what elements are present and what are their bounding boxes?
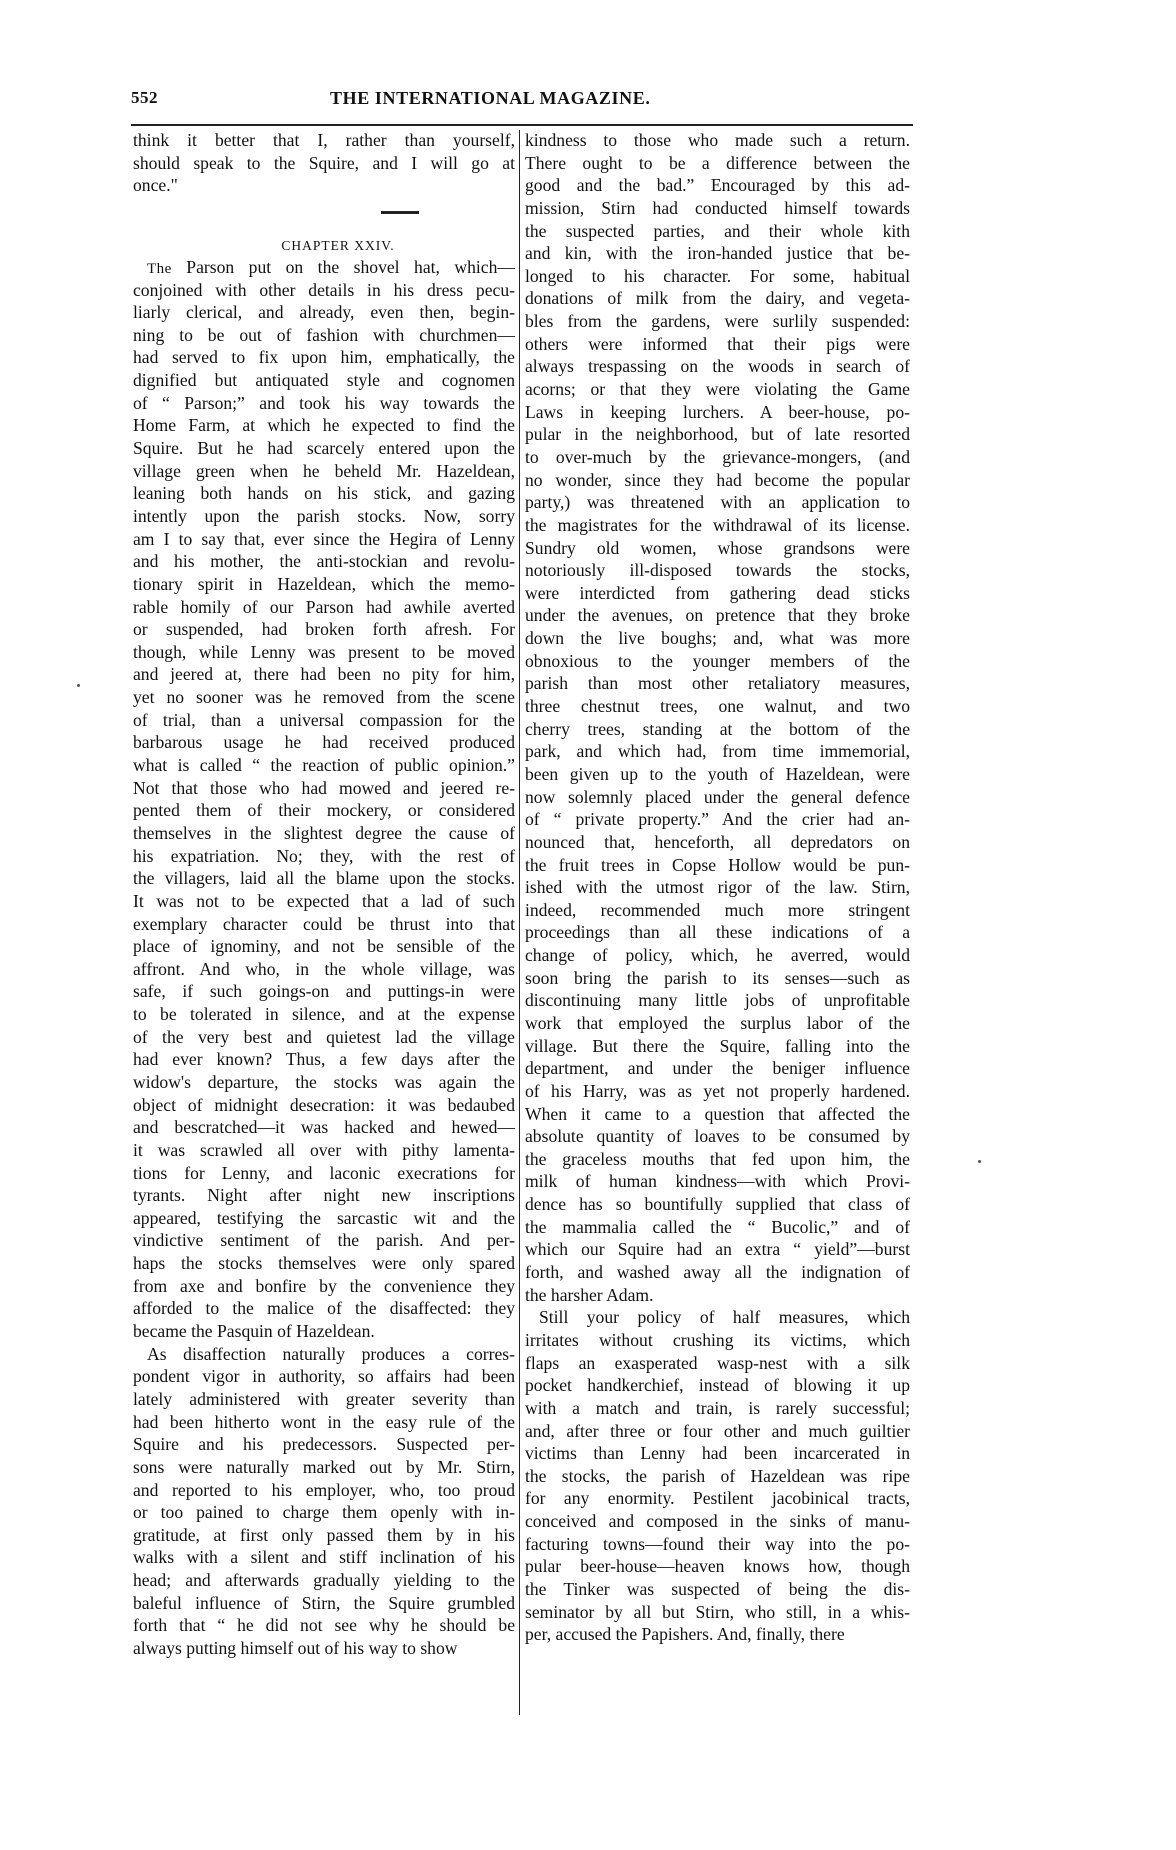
- dropcap-word: The: [147, 261, 172, 277]
- text-line: pented them of their mockery, or conside…: [133, 799, 515, 822]
- text-line: think it better that I, rather than your…: [133, 129, 515, 152]
- text-line: to over-much by the grievance-mongers, (…: [525, 446, 910, 469]
- paragraph-2: Still your policy of half measures, whic…: [525, 1306, 910, 1646]
- text-line: ning to be out of fashion with churchmen…: [133, 324, 515, 347]
- section-separator: [381, 211, 419, 214]
- text-line: village green when he beheld Mr. Hazelde…: [133, 460, 515, 483]
- text-line: lately administered with greater severit…: [133, 1388, 515, 1411]
- text-line: ished with the utmost rigor of the law. …: [525, 876, 910, 899]
- text-line: tyrants. Night after night new inscripti…: [133, 1184, 515, 1207]
- text-line: the suspected parties, and their whole k…: [525, 220, 910, 243]
- text-line: milk of human kindness—with which Provi-: [525, 1170, 910, 1193]
- text-line: exemplary character could be thrust into…: [133, 913, 515, 936]
- text-line: from axe and bonfire by the convenience …: [133, 1275, 515, 1298]
- text-line: were interdicted from gathering dead sti…: [525, 582, 910, 605]
- text-line: affront. And who, in the whole village, …: [133, 958, 515, 981]
- text-line: tions for Lenny, and laconic execrations…: [133, 1162, 515, 1185]
- text-line: flaps an exasperated wasp-nest with a si…: [525, 1352, 910, 1375]
- text-line: kindness to those who made such a return…: [525, 129, 910, 152]
- text-line: pular beer-house—heaven knows how, thoug…: [525, 1555, 910, 1578]
- text-line: always putting himself out of his way to…: [133, 1637, 515, 1660]
- text-line: Home Farm, at which he expected to find …: [133, 414, 515, 437]
- text-line: appeared, testifying the sarcastic wit a…: [133, 1207, 515, 1230]
- text-line: safe, if such goings-on and puttings-in …: [133, 980, 515, 1003]
- text-line: themselves in the slightest degree the c…: [133, 822, 515, 845]
- text-line: forth that “ he did not see why he shoul…: [133, 1614, 515, 1637]
- text-line: work that employed the surplus labor of …: [525, 1012, 910, 1035]
- text-line: victims than Lenny had been incarcerated…: [525, 1442, 910, 1465]
- text-line: leaning both hands on his stick, and gaz…: [133, 482, 515, 505]
- text-line: walks with a silent and stiff inclinatio…: [133, 1546, 515, 1569]
- text-line: sons were naturally marked out by Mr. St…: [133, 1456, 515, 1479]
- text-line: others were informed that their pigs wer…: [525, 333, 910, 356]
- text-line: three chestnut trees, one walnut, and tw…: [525, 695, 910, 718]
- text-line: should speak to the Squire, and I will g…: [133, 152, 515, 175]
- text-line: once.": [133, 174, 515, 197]
- chapter-first-line: The Parson put on the shovel hat, which—: [133, 256, 515, 279]
- text-line: irritates without crushing its victims, …: [525, 1329, 910, 1352]
- text-line: tionary spirit in Hazeldean, which the m…: [133, 573, 515, 596]
- text-line: acorns; or that they were violating the …: [525, 378, 910, 401]
- text-line: what is called “ the reaction of public …: [133, 754, 515, 777]
- text-line: baleful influence of Stirn, the Squire g…: [133, 1592, 515, 1615]
- text-line: donations of milk from the dairy, and ve…: [525, 287, 910, 310]
- running-head-title: THE INTERNATIONAL MAGAZINE.: [330, 88, 650, 109]
- scan-speck: [978, 1160, 981, 1163]
- text-line: nounced that, henceforth, all depredator…: [525, 831, 910, 854]
- paragraph-1: kindness to those who made such a return…: [525, 129, 910, 1306]
- text-line: cherry trees, standing at the bottom of …: [525, 718, 910, 741]
- text-line: discontinuing many little jobs of unprof…: [525, 989, 910, 1012]
- text-line: party,) was threatened with an applicati…: [525, 491, 910, 514]
- text-line: obnoxious to the younger members of the: [525, 650, 910, 673]
- text-line: and reported to his employer, who, too p…: [133, 1479, 515, 1502]
- text-line: per, accused the Papishers. And, finally…: [525, 1623, 910, 1646]
- text-line: object of midnight desecration: it was b…: [133, 1094, 515, 1117]
- text-line: the harsher Adam.: [525, 1284, 910, 1307]
- text-line: been given up to the youth of Hazeldean,…: [525, 763, 910, 786]
- text-line: haps the stocks themselves were only spa…: [133, 1252, 515, 1275]
- text-line: and kin, with the iron-handed justice th…: [525, 242, 910, 265]
- text-line: pocket handkerchief, instead of blowing …: [525, 1374, 910, 1397]
- first-line-rest: Parson put on the shovel hat, which—: [172, 257, 515, 277]
- text-line: There ought to be a difference between t…: [525, 152, 910, 175]
- text-line: head; and afterwards gradually yielding …: [133, 1569, 515, 1592]
- text-line: of his Harry, was as yet not properly ha…: [525, 1080, 910, 1103]
- text-line: pondent vigor in authority, so affairs h…: [133, 1365, 515, 1388]
- text-line: Not that those who had mowed and jeered …: [133, 777, 515, 800]
- text-line: had ever known? Thus, a few days after t…: [133, 1048, 515, 1071]
- text-line: which our Squire had an extra “ yield”—b…: [525, 1238, 910, 1261]
- text-line: intently upon the parish stocks. Now, so…: [133, 505, 515, 528]
- text-line: conceived and composed in the sinks of m…: [525, 1510, 910, 1533]
- scan-speck: [77, 684, 80, 687]
- text-line: Squire and his predecessors. Suspected p…: [133, 1433, 515, 1456]
- text-line: dignified but antiquated style and cogno…: [133, 369, 515, 392]
- text-line: When it came to a question that affected…: [525, 1103, 910, 1126]
- text-line: place of ignominy, and not be sensible o…: [133, 935, 515, 958]
- text-line: under the avenues, on pretence that they…: [525, 604, 910, 627]
- text-line: and jeered at, there had been no pity fo…: [133, 663, 515, 686]
- text-line: yet no sooner was he removed from the sc…: [133, 686, 515, 709]
- column-divider: [519, 130, 520, 1715]
- text-line: now solemnly placed under the general de…: [525, 786, 910, 809]
- text-line: down the live boughs; and, what was more: [525, 627, 910, 650]
- text-line: longed to his character. For some, habit…: [525, 265, 910, 288]
- text-line: gratitude, at first only passed them by …: [133, 1524, 515, 1547]
- text-line: pular in the neighborhood, but of late r…: [525, 423, 910, 446]
- text-line: proceedings than all these indications o…: [525, 921, 910, 944]
- text-line: no wonder, since they had become the pop…: [525, 469, 910, 492]
- text-line: good and the bad.” Encouraged by this ad…: [525, 174, 910, 197]
- paragraph-2: As disaffection naturally produces a cor…: [133, 1343, 515, 1660]
- text-line: the fruit trees in Copse Hollow would be…: [525, 854, 910, 877]
- text-line: his expatriation. No; they, with the res…: [133, 845, 515, 868]
- text-line: park, and which had, from time immemoria…: [525, 740, 910, 763]
- text-line: and, after three or four other and much …: [525, 1420, 910, 1443]
- text-line: became the Pasquin of Hazeldean.: [133, 1320, 515, 1343]
- text-line: the graceless mouths that fed upon him, …: [525, 1148, 910, 1171]
- text-line: Sundry old women, whose grandsons were: [525, 537, 910, 560]
- text-line: the stocks, the parish of Hazeldean was …: [525, 1465, 910, 1488]
- text-line: rable homily of our Parson had awhile av…: [133, 596, 515, 619]
- text-line: department, and under the beniger influe…: [525, 1057, 910, 1080]
- text-line: parish than most other retaliatory measu…: [525, 672, 910, 695]
- text-line: facturing towns—found their way into the…: [525, 1533, 910, 1556]
- text-line: notoriously ill-disposed towards the sto…: [525, 559, 910, 582]
- text-line: though, while Lenny was present to be mo…: [133, 641, 515, 664]
- text-line: afforded to the malice of the disaffecte…: [133, 1297, 515, 1320]
- text-line: the Tinker was suspected of being the di…: [525, 1578, 910, 1601]
- text-line: As disaffection naturally produces a cor…: [133, 1343, 515, 1366]
- text-line: widow's departure, the stocks was again …: [133, 1071, 515, 1094]
- text-line: liarly clerical, and already, even then,…: [133, 301, 515, 324]
- text-line: forth, and washed away all the indignati…: [525, 1261, 910, 1284]
- paragraph-1: conjoined with other details in his dres…: [133, 279, 515, 1343]
- text-line: the magistrates for the withdrawal of it…: [525, 514, 910, 537]
- text-line: am I to say that, ever since the Hegira …: [133, 528, 515, 551]
- text-line: absolute quantity of loaves to be consum…: [525, 1125, 910, 1148]
- text-line: change of policy, which, he averred, wou…: [525, 944, 910, 967]
- text-line: Squire. But he had scarcely entered upon…: [133, 437, 515, 460]
- text-line: seminator by all but Stirn, who still, i…: [525, 1601, 910, 1624]
- text-line: and his mother, the anti-stockian and re…: [133, 550, 515, 573]
- text-line: dence has so bountifully supplied that c…: [525, 1193, 910, 1216]
- right-column: kindness to those who made such a return…: [525, 129, 910, 1646]
- text-line: of “ Parson;” and took his way towards t…: [133, 392, 515, 415]
- text-line: conjoined with other details in his dres…: [133, 279, 515, 302]
- text-line: or suspended, had broken forth afresh. F…: [133, 618, 515, 641]
- text-line: mission, Stirn had conducted himself tow…: [525, 197, 910, 220]
- chapter-heading: CHAPTER XXIV.: [133, 236, 515, 256]
- left-column: think it better that I, rather than your…: [133, 129, 515, 1660]
- text-line: the villagers, laid all the blame upon t…: [133, 867, 515, 890]
- text-line: of the very best and quietest lad the vi…: [133, 1026, 515, 1049]
- text-line: and bescratched—it was hacked and hewed—: [133, 1116, 515, 1139]
- text-line: village. But there the Squire, falling i…: [525, 1035, 910, 1058]
- text-line: always trespassing on the woods in searc…: [525, 355, 910, 378]
- text-line: indeed, recommended much more stringent: [525, 899, 910, 922]
- text-line: it was scrawled all over with pithy lame…: [133, 1139, 515, 1162]
- text-line: of “ private property.” And the crier ha…: [525, 808, 910, 831]
- text-line: had been hitherto wont in the easy rule …: [133, 1411, 515, 1434]
- opening-text: think it better that I, rather than your…: [133, 129, 515, 197]
- text-line: the mammalia called the “ Bucolic,” and …: [525, 1216, 910, 1239]
- text-line: bles from the gardens, were surlily susp…: [525, 310, 910, 333]
- text-line: for any enormity. Pestilent jacobinical …: [525, 1487, 910, 1510]
- text-line: Still your policy of half measures, whic…: [525, 1306, 910, 1329]
- text-line: of trial, than a universal compassion fo…: [133, 709, 515, 732]
- text-line: had served to fix upon him, emphatically…: [133, 346, 515, 369]
- text-line: soon bring the parish to its senses—such…: [525, 967, 910, 990]
- text-line: Laws in keeping lurchers. A beer-house, …: [525, 401, 910, 424]
- page-number: 552: [131, 88, 158, 108]
- text-line: It was not to be expected that a lad of …: [133, 890, 515, 913]
- text-line: with a match and train, is rarely succes…: [525, 1397, 910, 1420]
- text-line: or too pained to charge them openly with…: [133, 1501, 515, 1524]
- text-line: vindictive sentiment of the parish. And …: [133, 1229, 515, 1252]
- text-line: barbarous usage he had received produced: [133, 731, 515, 754]
- text-line: to be tolerated in silence, and at the e…: [133, 1003, 515, 1026]
- header-rule: [131, 124, 913, 126]
